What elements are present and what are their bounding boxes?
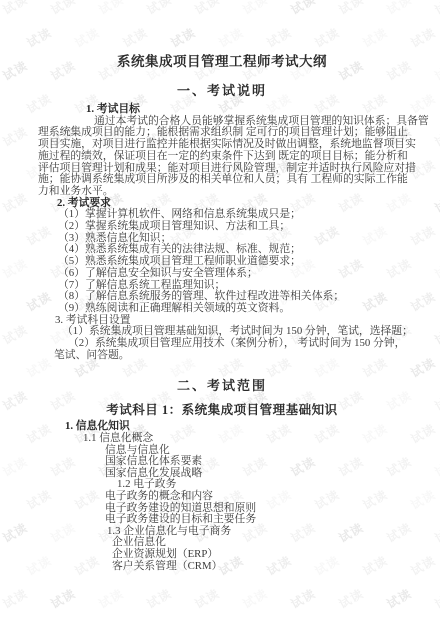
trial-watermark-text: 试读 <box>407 486 438 514</box>
trial-watermark-text: 试读 <box>431 57 440 85</box>
trial-watermark-text: 试读 <box>431 123 440 151</box>
trial-watermark-text: 试读 <box>0 387 31 415</box>
outline-line: 国家信息化发展战略 <box>38 468 406 480</box>
trial-watermark-text: 试读 <box>0 453 31 481</box>
outline-line: 企业信息化 <box>38 537 406 549</box>
document-title: 系统集成项目管理工程师考试大纲 <box>38 50 406 70</box>
exam-description-lines: 1. 考试目标通过本考试的合格人员能够掌握系统集成项目管理的知识体系；具备管理系… <box>38 104 406 361</box>
trial-watermark-text: 试读 <box>0 189 31 217</box>
trial-watermark-text: 试读 <box>0 0 31 18</box>
document-page: 试读试读试读试读试读试读试读试读试读试读试读试读试读试读试读试读试读试读试读试读… <box>0 0 440 620</box>
trial-watermark-text: 试读 <box>0 57 31 85</box>
trial-watermark-text: 试读 <box>0 321 31 349</box>
trial-watermark-text: 试读 <box>143 585 174 613</box>
trial-watermark-text: 试读 <box>431 321 440 349</box>
exam-subject-heading: 考试科目 1：系统集成项目管理基础知识 <box>38 400 406 418</box>
trial-watermark-text: 试读 <box>0 255 31 283</box>
trial-watermark-text: 试读 <box>383 585 414 613</box>
document-content: 系统集成项目管理工程师考试大纲 一、考试说明 1. 考试目标通过本考试的合格人员… <box>38 0 406 572</box>
trial-watermark-text: 试读 <box>95 585 126 613</box>
exam-scope-outline: 1. 信息化知识1.1 信息化概念信息与信息化国家信息化体系要素国家信息化发展战… <box>38 421 406 572</box>
exam-description-line: （9）熟练阅读和正确理解相关领域的英文资料。 <box>38 303 406 315</box>
trial-watermark-text: 试读 <box>431 519 440 547</box>
trial-watermark-text: 试读 <box>0 519 31 547</box>
trial-watermark-text: 试读 <box>431 0 440 18</box>
trial-watermark-text: 试读 <box>407 24 438 52</box>
trial-watermark-text: 试读 <box>407 222 438 250</box>
trial-watermark-text: 试读 <box>407 354 438 382</box>
trial-watermark-text: 试读 <box>407 420 438 448</box>
exam-description-line: 力和业务水平。 <box>38 186 406 198</box>
outline-line: 信息与信息化 <box>38 445 406 457</box>
trial-watermark-text: 试读 <box>407 288 438 316</box>
outline-line: 1.1 信息化概念 <box>38 433 406 445</box>
trial-watermark-text: 试读 <box>431 189 440 217</box>
trial-watermark-text: 试读 <box>431 387 440 415</box>
trial-watermark-text: 试读 <box>431 255 440 283</box>
outline-line: 企业资源规划（ERP） <box>38 549 406 561</box>
section-2-heading: 二、考试范围 <box>38 375 406 394</box>
trial-watermark-text: 试读 <box>407 90 438 118</box>
trial-watermark-text: 试读 <box>239 585 270 613</box>
exam-description-line: 笔试、问答题。 <box>38 350 406 362</box>
trial-watermark-text: 试读 <box>0 585 31 613</box>
trial-watermark-text: 试读 <box>287 585 318 613</box>
exam-description-line: 施过程的绩效，保证项目在一定的约束条件下达到 既定的项目目标；能分析和 <box>38 151 406 163</box>
trial-watermark-text: 试读 <box>431 453 440 481</box>
exam-description-line: （6）了解信息安全知识与安全管理体系； <box>38 268 406 280</box>
trial-watermark-text: 试读 <box>47 585 78 613</box>
trial-watermark-text: 试读 <box>191 585 222 613</box>
trial-watermark-text: 试读 <box>431 585 440 613</box>
trial-watermark-text: 试读 <box>0 123 31 151</box>
exam-description-line: 1. 考试目标 <box>38 104 406 116</box>
outline-line: 电子政务的概念和内容 <box>38 491 406 503</box>
trial-watermark-text: 试读 <box>335 585 366 613</box>
section-1-heading: 一、考试说明 <box>38 80 406 99</box>
outline-line: 国家信息化体系要素 <box>38 456 406 468</box>
trial-watermark-text: 试读 <box>407 552 438 580</box>
outline-line: 客户关系管理（CRM） <box>38 561 406 573</box>
outline-line: 1.2 电子政务 <box>38 479 406 491</box>
outline-line: 1.3 企业信息化与电子商务 <box>38 526 406 538</box>
exam-description-line: （2）系统集成项目管理应用技术（案例分析）， 考试时间为 150 分钟， <box>38 338 406 350</box>
exam-description-line: （2）掌握系统集成项目管理知识、方法和工具； <box>38 221 406 233</box>
